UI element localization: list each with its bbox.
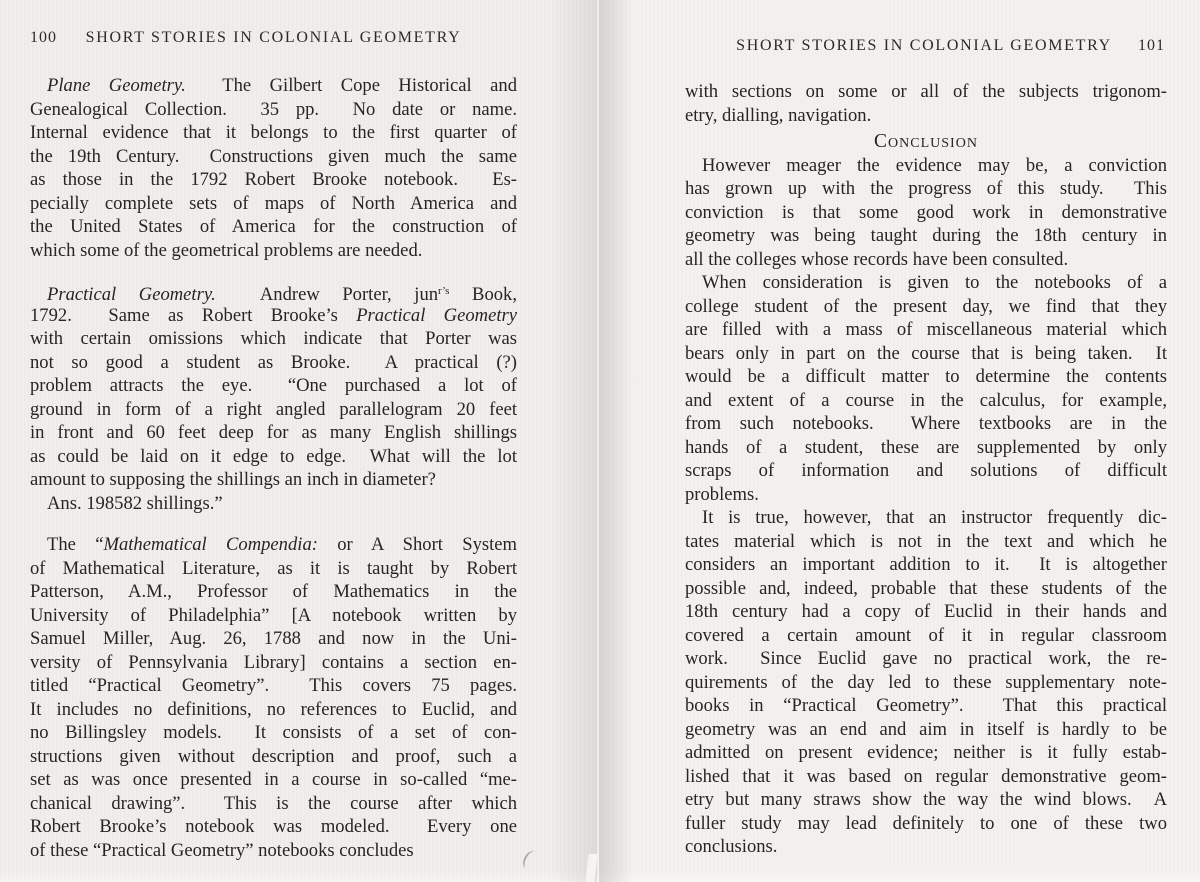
text-line: ground in form of a right angled paralle…	[30, 398, 517, 422]
paragraph: Ans. 198582 shillings.”	[30, 492, 517, 516]
text-run: Andrew Porter, jun	[216, 284, 438, 304]
text-line: etry but many straws show the way the wi…	[685, 788, 1167, 812]
text-line: work. Since Euclid gave no practical wor…	[685, 647, 1167, 671]
text-line: books in “Practical Geometry”. That this…	[685, 694, 1167, 718]
text-line: fuller study may lead definitely to one …	[685, 812, 1167, 836]
text-line: structions given without description and…	[30, 745, 517, 769]
text-line: Plane Geometry. The Gilbert Cope Histori…	[30, 74, 517, 98]
text-line: not so good a student as Brooke. A pract…	[30, 351, 517, 375]
text-line: as could be laid on it edge to edge. Wha…	[30, 445, 517, 469]
text-line: Internal evidence that it belongs to the…	[30, 121, 517, 145]
italic-run: Plane Geometry.	[47, 75, 186, 96]
text-line: lished that it was based on regular demo…	[685, 765, 1167, 789]
text-line: and extent of a course in the calculus, …	[685, 389, 1167, 413]
text-line: bears only in part on the course that is…	[685, 342, 1167, 366]
text-line: college student of the present day, we f…	[685, 295, 1167, 319]
text-line: Samuel Miller, Aug. 26, 1788 and now in …	[30, 627, 517, 651]
text-line: the 19th Century. Constructions given mu…	[30, 145, 517, 169]
text-line: quirements of the day led to these suppl…	[685, 671, 1167, 695]
left-page: 100 SHORT STORIES IN COLONIAL GEOMETRY P…	[0, 0, 597, 882]
book-gutter	[596, 0, 599, 882]
text-line: Genealogical Collection. 35 pp. No date …	[30, 98, 517, 122]
text-run: The Gilbert Cope Historical and	[186, 75, 517, 96]
paragraph: The “Mathematical Compendia: or A Short …	[30, 533, 517, 862]
text-line: versity of Pennsylvania Library] contain…	[30, 651, 517, 675]
text-line: would be a difficult matter to determine…	[685, 365, 1167, 389]
text-line: considers an important addition to it. I…	[685, 553, 1167, 577]
italic-run: Mathematical Compendia:	[103, 534, 317, 555]
text-line: When consideration is given to the noteb…	[685, 271, 1167, 295]
left-page-header: 100 SHORT STORIES IN COLONIAL GEOMETRY	[30, 29, 517, 49]
text-line: conclusions.	[685, 835, 1167, 859]
text-line: problem attracts the eye. “One purchased…	[30, 374, 517, 398]
superscript-run: r’s	[438, 285, 449, 297]
text-run: or A Short System	[318, 534, 517, 555]
text-run: 1792. Same as Robert Brooke’s	[30, 305, 356, 326]
text-line: chanical drawing”. This is the course af…	[30, 792, 517, 816]
text-line: with sections on some or all of the subj…	[685, 80, 1167, 104]
text-line: Practical Geometry. Andrew Porter, junr’…	[30, 280, 517, 304]
text-line: of these “Practical Geometry” notebooks …	[30, 839, 517, 863]
running-title: SHORT STORIES IN COLONIAL GEOMETRY	[683, 37, 1165, 55]
section-heading: Conclusion	[685, 130, 1167, 154]
text-line: in front and 60 feet deep for as many En…	[30, 421, 517, 445]
page-number: 101	[1138, 37, 1165, 55]
text-line: as those in the 1792 Robert Brooke noteb…	[30, 168, 517, 192]
paragraph: It is true, however, that an instructor …	[685, 506, 1167, 859]
text-line: no Billingsley models. It consists of a …	[30, 721, 517, 745]
text-line: with certain omissions which indicate th…	[30, 327, 517, 351]
paragraph: When consideration is given to the noteb…	[685, 271, 1167, 506]
text-line: set as was once presented in a course in…	[30, 768, 517, 792]
right-page: SHORT STORIES IN COLONIAL GEOMETRY 101 w…	[597, 0, 1200, 882]
text-line: from such notebooks. Where textbooks are…	[685, 412, 1167, 436]
text-line: scraps of information and solutions of d…	[685, 459, 1167, 483]
text-line: hands of a student, these are supplement…	[685, 436, 1167, 460]
paragraph: However meager the evidence may be, a co…	[685, 154, 1167, 272]
text-line: problems.	[685, 483, 1167, 507]
text-line: titled “Practical Geometry”. This covers…	[30, 674, 517, 698]
text-line: tates material which is not in the text …	[685, 530, 1167, 554]
text-line: pecially complete sets of maps of North …	[30, 192, 517, 216]
text-line: which some of the geometrical problems a…	[30, 239, 517, 263]
text-line: 1792. Same as Robert Brooke’s Practical …	[30, 304, 517, 328]
text-line: The “Mathematical Compendia: or A Short …	[30, 533, 517, 557]
text-line: etry, dialling, navigation.	[685, 104, 1167, 128]
paragraph: Practical Geometry. Andrew Porter, junr’…	[30, 280, 517, 492]
text-line: Ans. 198582 shillings.”	[30, 492, 517, 516]
text-line: has grown up with the progress of this s…	[685, 177, 1167, 201]
text-line: Patterson, A.M., Professor of Mathematic…	[30, 580, 517, 604]
book-scan: { "document": { "book_title": "SHORT STO…	[0, 0, 1200, 882]
text-run: The “	[47, 534, 103, 555]
text-line: It includes no definitions, no reference…	[30, 698, 517, 722]
text-line: all the colleges whose records have been…	[685, 248, 1167, 272]
left-page-body: Plane Geometry. The Gilbert Cope Histori…	[30, 74, 517, 862]
text-line: 18th century had a copy of Euclid in the…	[685, 600, 1167, 624]
text-line: However meager the evidence may be, a co…	[685, 154, 1167, 178]
text-line: geometry was being taught during the 18t…	[685, 224, 1167, 248]
text-line: of Mathematical Literature, as it is tau…	[30, 557, 517, 581]
right-page-body: with sections on some or all of the subj…	[685, 80, 1167, 859]
paragraph: Plane Geometry. The Gilbert Cope Histori…	[30, 74, 517, 262]
text-run: Book,	[449, 284, 517, 304]
text-line: Robert Brooke’s notebook was modeled. Ev…	[30, 815, 517, 839]
text-line: It is true, however, that an instructor …	[685, 506, 1167, 530]
running-title: SHORT STORIES IN COLONIAL GEOMETRY	[30, 29, 517, 47]
text-line: conviction is that some good work in dem…	[685, 201, 1167, 225]
paragraph: with sections on some or all of the subj…	[685, 80, 1167, 127]
text-line: admitted on present evidence; neither is…	[685, 741, 1167, 765]
right-page-header: SHORT STORIES IN COLONIAL GEOMETRY 101	[683, 37, 1165, 57]
italic-run: Practical Geometry	[356, 305, 517, 326]
text-line: the United States of America for the con…	[30, 215, 517, 239]
text-line: amount to supposing the shillings an inc…	[30, 468, 517, 492]
text-line: University of Philadelphia” [A notebook …	[30, 604, 517, 628]
text-line: possible and, indeed, probable that thes…	[685, 577, 1167, 601]
text-line: covered a certain amount of it in regula…	[685, 624, 1167, 648]
italic-run: Practical Geometry.	[47, 284, 216, 304]
text-line: are filled with a mass of miscellaneous …	[685, 318, 1167, 342]
text-line: geometry was an end and aim in itself is…	[685, 718, 1167, 742]
